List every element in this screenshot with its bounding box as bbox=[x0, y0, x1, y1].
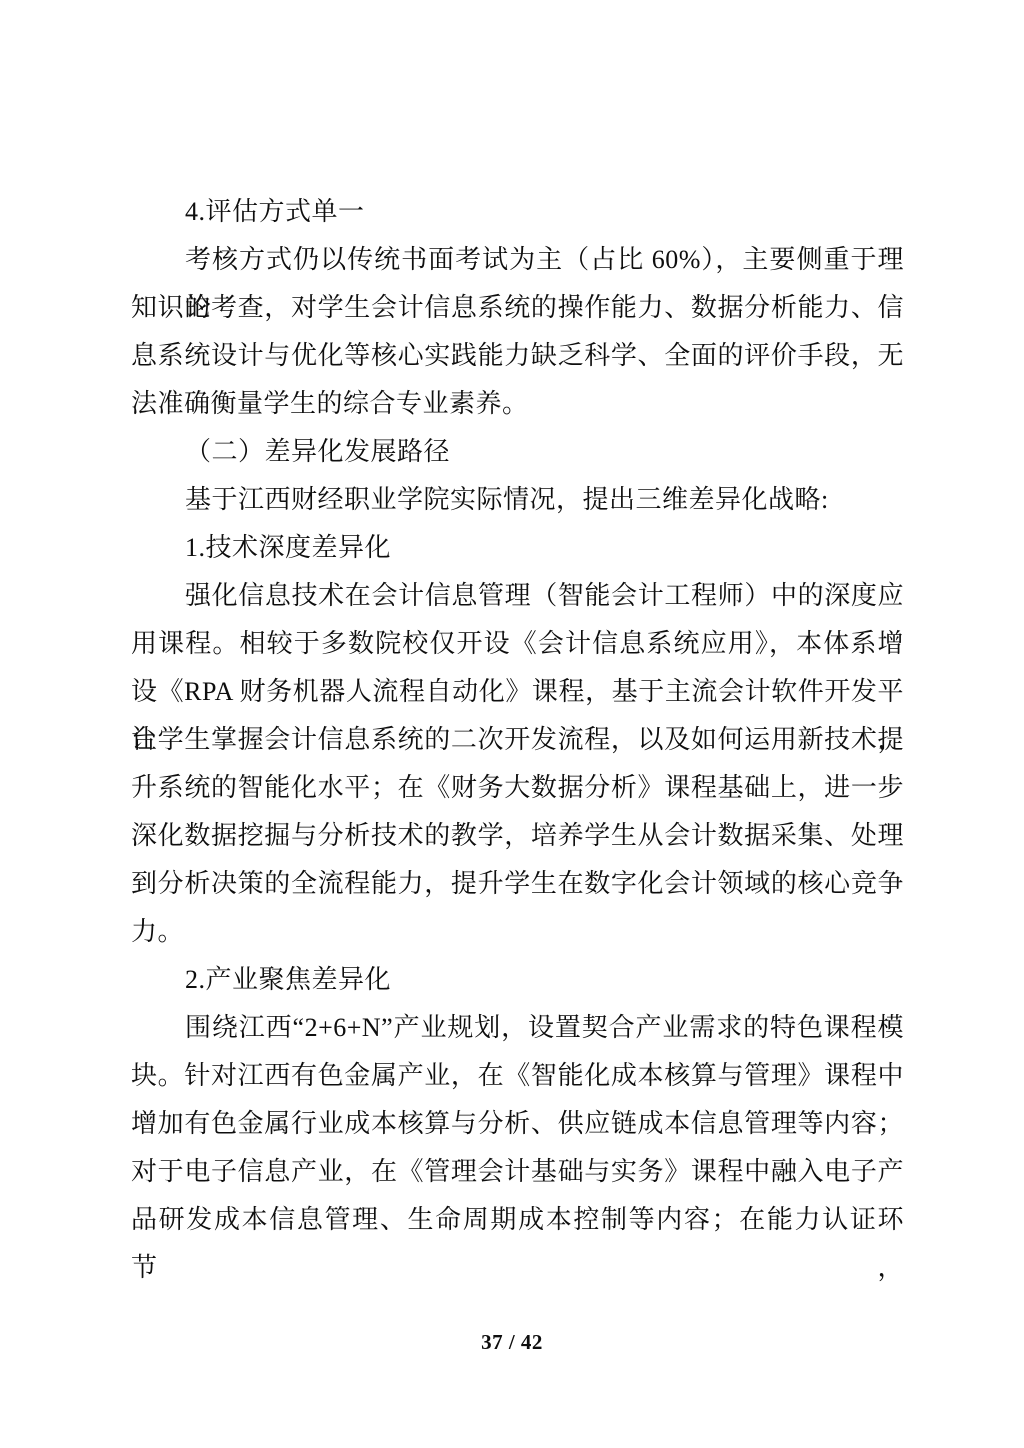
doc-line: 考核方式仍以传统书面考试为主（占比 60%），主要侧重于理论 bbox=[131, 236, 904, 284]
document-page: 4.评估方式单一 考核方式仍以传统书面考试为主（占比 60%），主要侧重于理论 … bbox=[0, 0, 1024, 1448]
doc-line: 让学生掌握会计信息系统的二次开发流程，以及如何运用新技术提 bbox=[131, 716, 904, 764]
document-body: 4.评估方式单一 考核方式仍以传统书面考试为主（占比 60%），主要侧重于理论 … bbox=[131, 188, 904, 1244]
doc-line: 法准确衡量学生的综合专业素养。 bbox=[131, 380, 904, 428]
doc-line: 知识的考查，对学生会计信息系统的操作能力、数据分析能力、信 bbox=[131, 284, 904, 332]
heading-section-2: （二）差异化发展路径 bbox=[131, 428, 904, 476]
doc-line: 升系统的智能化水平；在《财务大数据分析》课程基础上，进一步 bbox=[131, 764, 904, 812]
doc-line: 增加有色金属行业成本核算与分析、供应链成本信息管理等内容； bbox=[131, 1100, 904, 1148]
doc-line: 品研发成本信息管理、生命周期成本控制等内容；在能力认证环节， bbox=[131, 1196, 904, 1244]
doc-line: 用课程。相较于多数院校仅开设《会计信息系统应用》，本体系增 bbox=[131, 620, 904, 668]
doc-line: 围绕江西“2+6+N”产业规划，设置契合产业需求的特色课程模 bbox=[131, 1004, 904, 1052]
heading-item-4: 4.评估方式单一 bbox=[131, 188, 904, 236]
doc-line: 基于江西财经职业学院实际情况，提出三维差异化战略: bbox=[131, 476, 904, 524]
doc-line: 息系统设计与优化等核心实践能力缺乏科学、全面的评价手段，无 bbox=[131, 332, 904, 380]
heading-item-2: 2.产业聚焦差异化 bbox=[131, 956, 904, 1004]
doc-line: 力。 bbox=[131, 908, 904, 956]
heading-item-1: 1.技术深度差异化 bbox=[131, 524, 904, 572]
doc-line: 块。针对江西有色金属产业，在《智能化成本核算与管理》课程中 bbox=[131, 1052, 904, 1100]
doc-line: 对于电子信息产业，在《管理会计基础与实务》课程中融入电子产 bbox=[131, 1148, 904, 1196]
doc-line: 设《RPA 财务机器人流程自动化》课程，基于主流会计软件开发平台， bbox=[131, 668, 904, 716]
doc-line: 强化信息技术在会计信息管理（智能会计工程师）中的深度应 bbox=[131, 572, 904, 620]
doc-line: 深化数据挖掘与分析技术的教学，培养学生从会计数据采集、处理 bbox=[131, 812, 904, 860]
doc-line: 到分析决策的全流程能力，提升学生在数字化会计领域的核心竞争 bbox=[131, 860, 904, 908]
page-number: 37 / 42 bbox=[0, 1330, 1024, 1355]
